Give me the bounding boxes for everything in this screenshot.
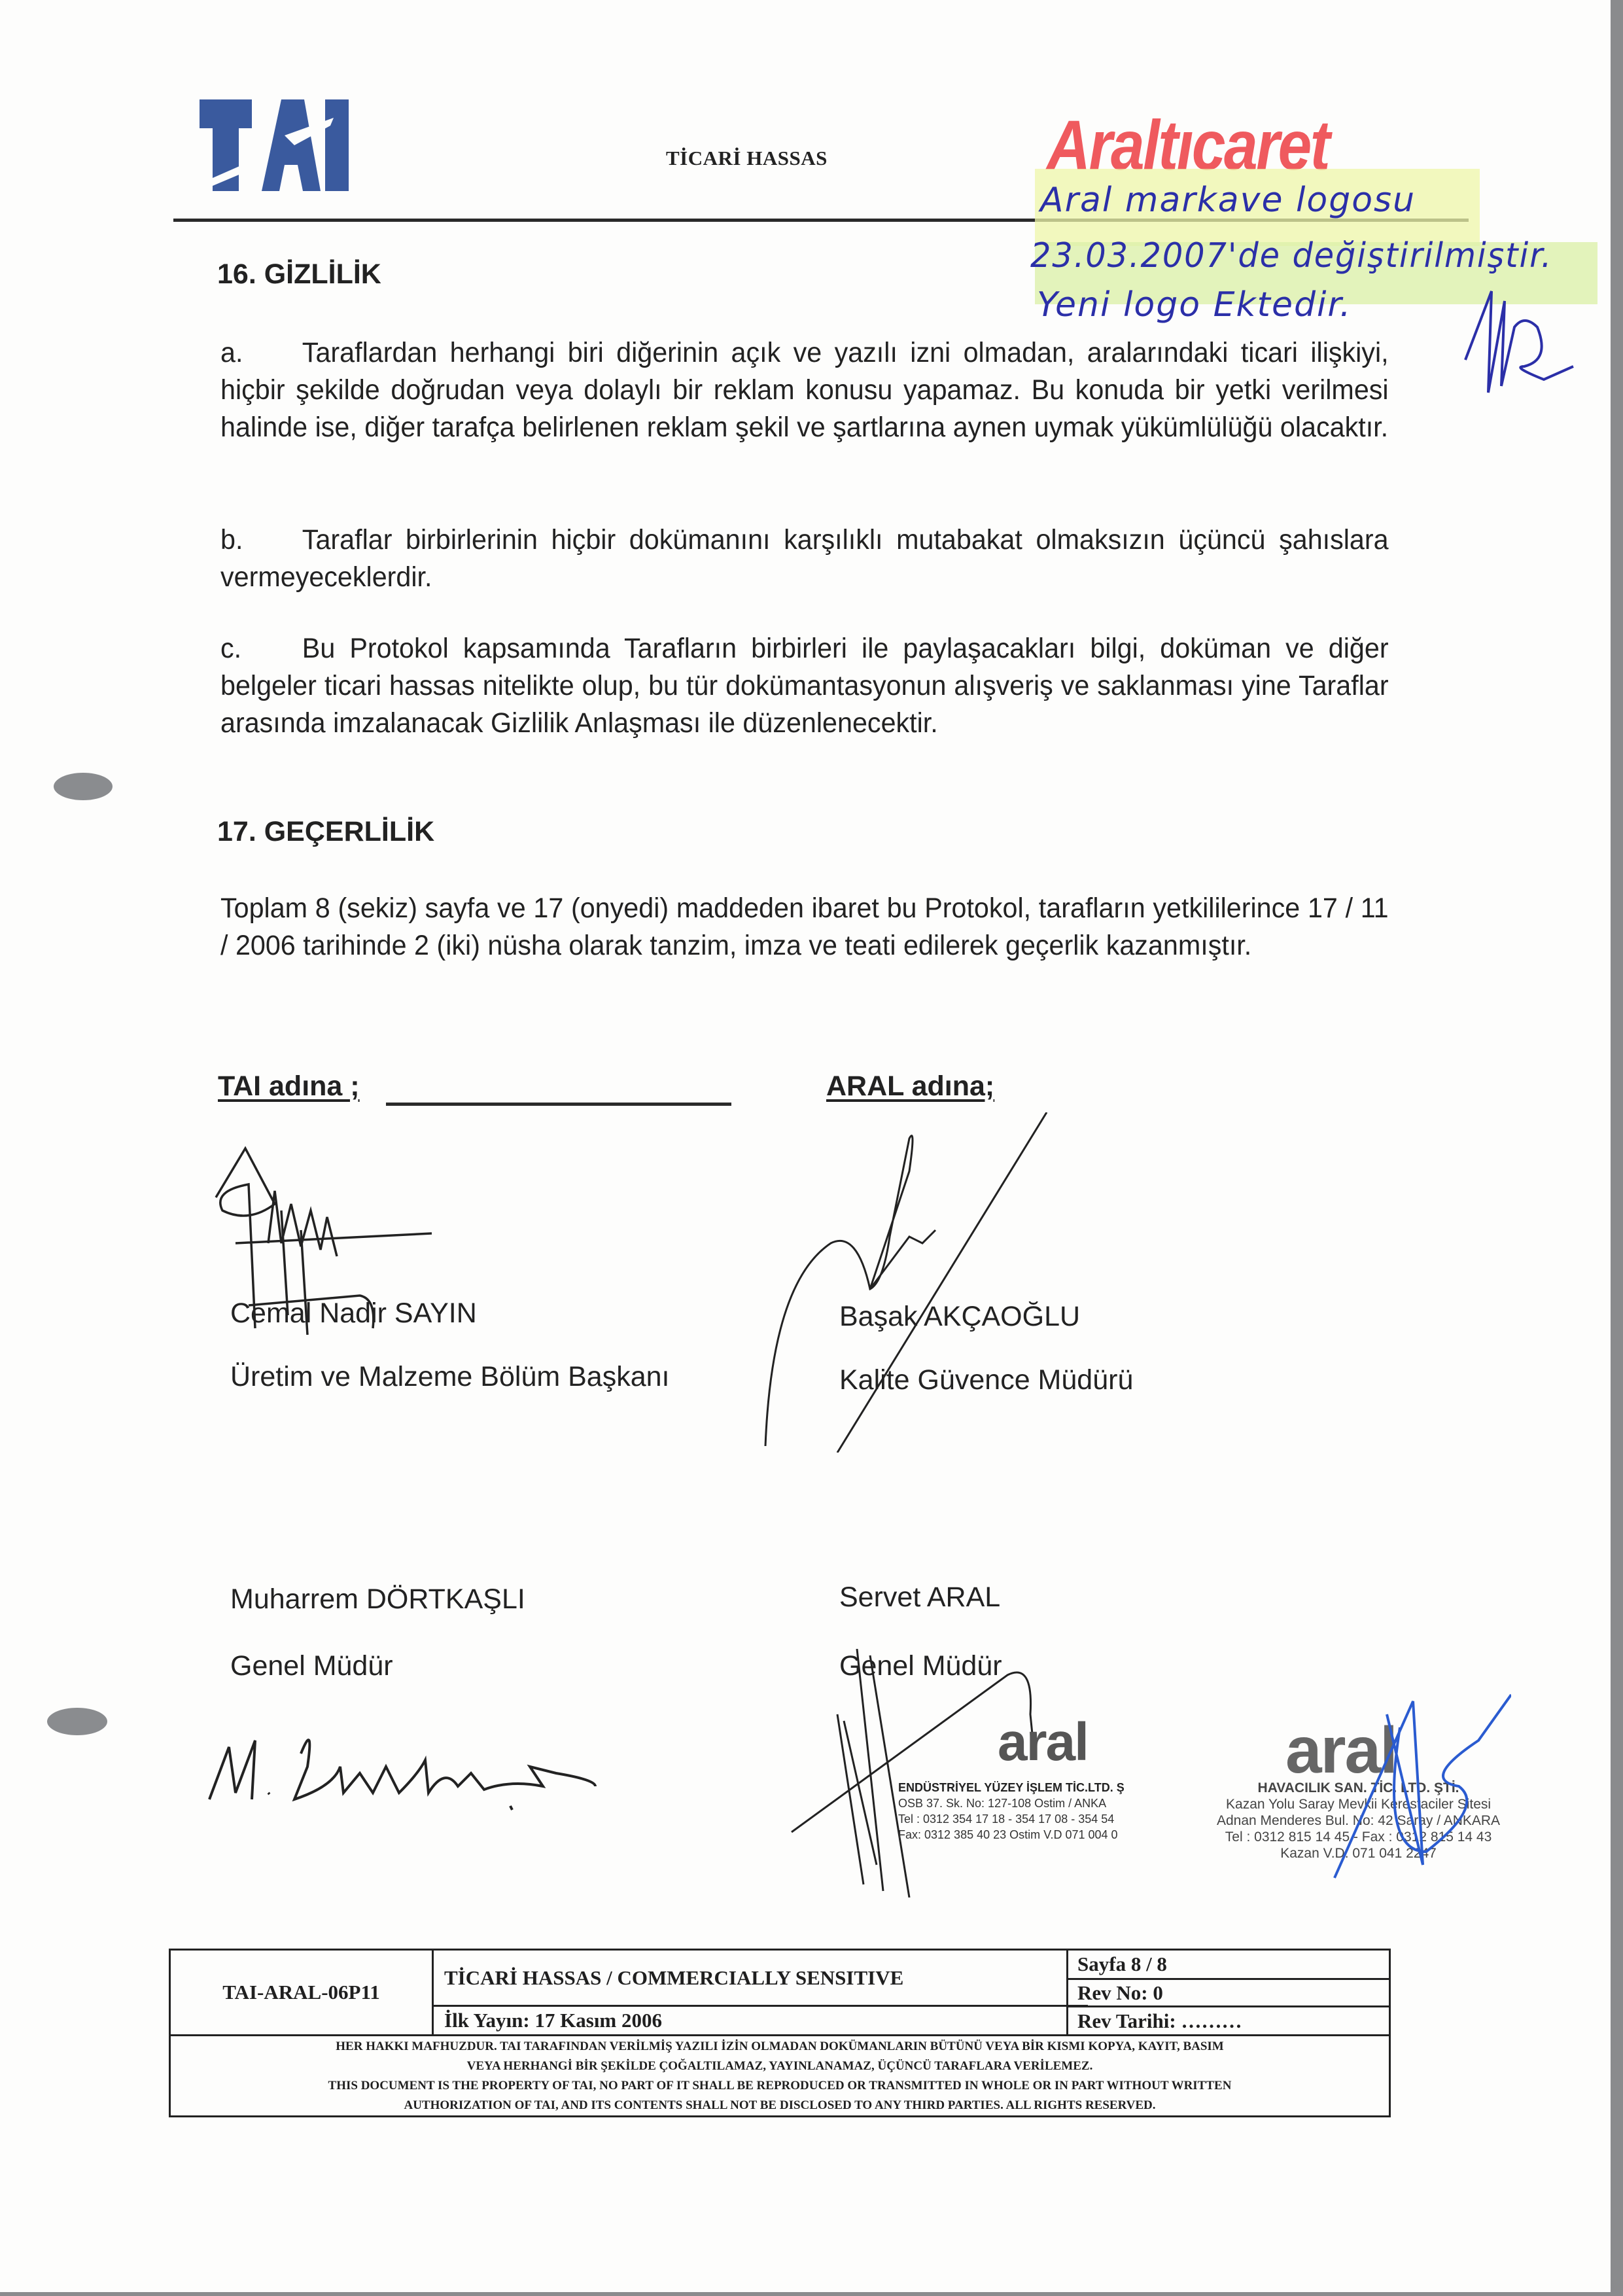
paragraph-label: a. xyxy=(220,334,302,372)
signature-line xyxy=(386,1103,731,1106)
handwritten-note-line: Aral markave logosu xyxy=(1040,183,1416,217)
handwritten-note-line: Yeni logo Ektedir. xyxy=(1037,288,1352,322)
signatory-name: Servet ARAL xyxy=(839,1581,1000,1614)
signatory-name: Muharrem DÖRTKAŞLI xyxy=(230,1583,525,1616)
tai-logo-icon xyxy=(200,99,350,192)
signatory-title: Üretim ve Malzeme Bölüm Başkanı xyxy=(230,1361,670,1393)
punch-hole xyxy=(47,1708,107,1735)
first-publish-date: İlk Yayın: 17 Kasım 2006 xyxy=(434,2007,1088,2034)
aral-party-label: ARAL adına; xyxy=(826,1070,994,1103)
paragraph: a.Taraflardan herhangi biri diğerinin aç… xyxy=(220,334,1389,446)
handwritten-note-line: 23.03.2007'de değiştirilmiştir. xyxy=(1030,239,1552,273)
company-stamp: ENDÜSTRİYEL YÜZEY İŞLEM TİC.LTD. Ş OSB 3… xyxy=(898,1780,1125,1843)
stamp-logo: aral xyxy=(998,1716,1088,1769)
initials-signature-icon xyxy=(1452,288,1583,399)
signatory-name: Cemal Nadir SAYIN xyxy=(230,1298,477,1330)
punch-hole xyxy=(54,773,113,800)
paragraph-text: Taraflar birbirlerinin hiçbir dokümanını… xyxy=(220,524,1389,593)
revision-info: Sayfa 8 / 8 Rev No: 0 Rev Tarihi: ……… xyxy=(1066,1951,1389,2034)
section-heading: 17. GEÇERLİLİK xyxy=(217,816,434,848)
signatory-title: Genel Müdür xyxy=(230,1650,393,1682)
legal-notice: HER HAKKI MAFHUZDUR. TAI TARAFINDAN VERİ… xyxy=(171,2034,1389,2115)
signature-muharrem-icon xyxy=(203,1727,608,1819)
signatory-title: Kalite Güvence Müdürü xyxy=(839,1364,1133,1396)
header-title: TİCARİ HASSAS xyxy=(666,147,828,170)
paragraph: b.Taraflar birbirlerinin hiçbir dokümanı… xyxy=(220,521,1389,596)
stamp-line: OSB 37. Sk. No: 127-108 Ostim / ANKA xyxy=(898,1795,1125,1811)
legal-line: HER HAKKI MAFHUZDUR. TAI TARAFINDAN VERİ… xyxy=(336,2037,1223,2057)
page-number: Sayfa 8 / 8 xyxy=(1068,1951,1389,1980)
section-heading: 16. GİZLİLİK xyxy=(217,258,381,291)
paragraph-label: c. xyxy=(220,630,302,667)
revision-date: Rev Tarihi: ……… xyxy=(1068,2007,1389,2034)
paragraph: Toplam 8 (sekiz) sayfa ve 17 (onyedi) ma… xyxy=(220,890,1389,964)
document-code: TAI-ARAL-06P11 xyxy=(171,1951,434,2034)
signature-servet-icon xyxy=(785,1649,1079,1898)
paragraph-label: b. xyxy=(220,521,302,559)
document-page: TİCARİ HASSAS Araltıcaret Aral markave l… xyxy=(0,0,1611,2292)
revision-number: Rev No: 0 xyxy=(1068,1980,1389,2007)
document-footer-table: TAI-ARAL-06P11 TİCARİ HASSAS / COMMERCIA… xyxy=(169,1949,1391,2117)
paragraph-text: Bu Protokol kapsamında Tarafların birbir… xyxy=(220,633,1389,739)
stamp-line: Fax: 0312 385 40 23 Ostim V.D 071 004 0 xyxy=(898,1827,1125,1843)
blue-signature-icon xyxy=(1315,1688,1511,1884)
signature-basak-icon xyxy=(752,1112,1079,1453)
stamp-line: ENDÜSTRİYEL YÜZEY İŞLEM TİC.LTD. Ş xyxy=(898,1780,1125,1795)
legal-line: THIS DOCUMENT IS THE PROPERTY OF TAI, NO… xyxy=(328,2076,1232,2096)
legal-line: AUTHORIZATION OF TAI, AND ITS CONTENTS S… xyxy=(404,2096,1155,2115)
tai-party-label: TAI adına ; xyxy=(218,1070,360,1103)
paragraph-text: Taraflardan herhangi biri diğerinin açık… xyxy=(220,337,1389,443)
sensitivity-label: TİCARİ HASSAS / COMMERCIALLY SENSITIVE xyxy=(434,1951,1088,2007)
stamp-line: Tel : 0312 354 17 18 - 354 17 08 - 354 5… xyxy=(898,1811,1125,1827)
paragraph-text: Toplam 8 (sekiz) sayfa ve 17 (onyedi) ma… xyxy=(220,892,1389,961)
signatory-name: Başak AKÇAOĞLU xyxy=(839,1301,1080,1333)
paragraph: c.Bu Protokol kapsamında Tarafların birb… xyxy=(220,630,1389,742)
legal-line: VEYA HERHANGİ BİR ŞEKİLDE ÇOĞALTILAMAZ, … xyxy=(467,2057,1093,2076)
